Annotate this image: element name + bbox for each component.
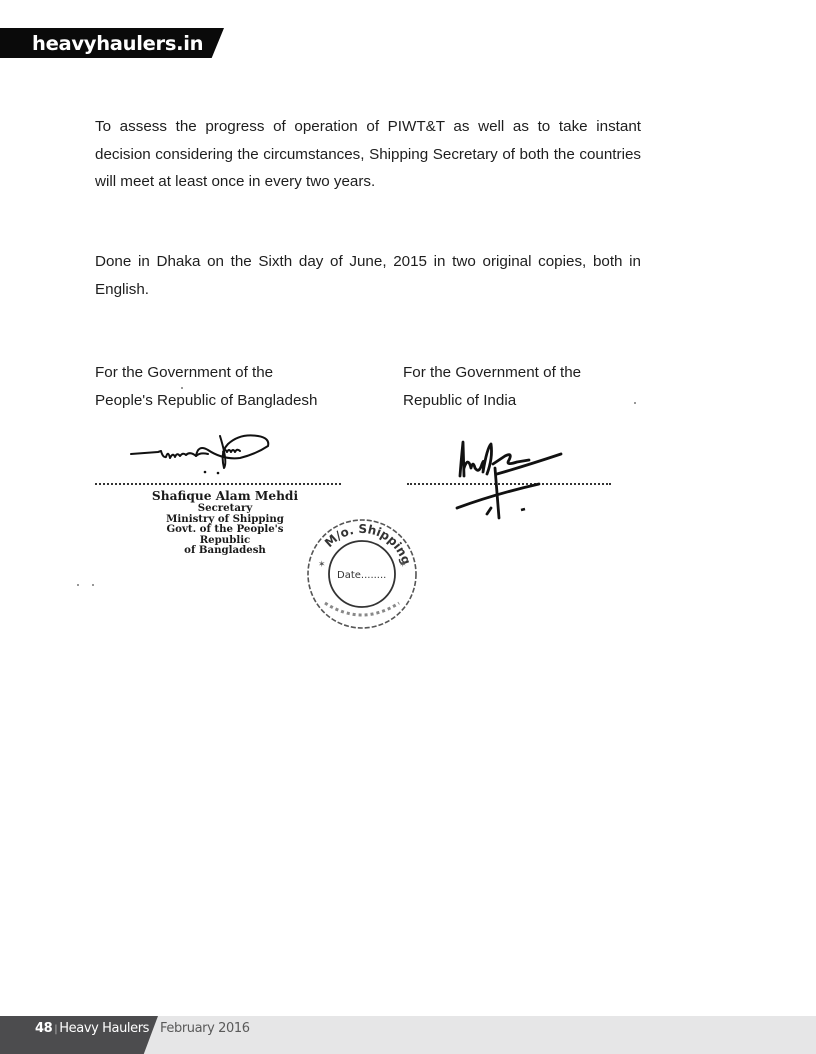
signatory-bangladesh-line1: For the Government of the bbox=[95, 359, 317, 387]
signer-org-2: Govt. of the People's Republic bbox=[140, 524, 310, 545]
svg-text:✶: ✶ bbox=[399, 560, 407, 570]
signature-bangladesh bbox=[128, 430, 278, 480]
signatory-bangladesh-line2: People's Republic of Bangladesh bbox=[95, 387, 317, 415]
svg-text:✶: ✶ bbox=[318, 560, 326, 570]
scan-speck bbox=[181, 387, 183, 389]
signer-org-3: of Bangladesh bbox=[140, 545, 310, 556]
signatory-india-line1: For the Government of the bbox=[403, 359, 581, 387]
site-name: heavyhaulers.in bbox=[32, 28, 203, 58]
signature-india bbox=[455, 438, 570, 522]
signer-title: Secretary bbox=[140, 503, 310, 514]
scan-speck bbox=[634, 402, 636, 404]
scan-speck bbox=[77, 584, 79, 586]
paragraph-meeting-clause: To assess the progress of operation of P… bbox=[95, 113, 641, 196]
signature-line-bangladesh bbox=[95, 483, 341, 485]
issue-date: February 2016 bbox=[160, 1019, 250, 1039]
paragraph-done-in-dhaka: Done in Dhaka on the Sixth day of June, … bbox=[95, 248, 641, 303]
official-stamp: M/o. Shipping ✶ ✶ Date........ bbox=[303, 515, 421, 631]
scan-speck bbox=[92, 584, 94, 586]
page-number: 48 bbox=[35, 1021, 52, 1036]
stamp-date-field: Date........ bbox=[337, 570, 386, 581]
footer-page-info: 48|Heavy Haulers bbox=[35, 1019, 149, 1040]
signer-block-bangladesh: Shafique Alam Mehdi Secretary Ministry o… bbox=[140, 490, 310, 556]
signatory-india-heading: For the Government of the Republic of In… bbox=[403, 359, 581, 414]
signatory-bangladesh-heading: For the Government of the People's Repub… bbox=[95, 359, 317, 414]
signatory-india-line2: Republic of India bbox=[403, 387, 581, 415]
publication-name: Heavy Haulers bbox=[59, 1021, 149, 1036]
